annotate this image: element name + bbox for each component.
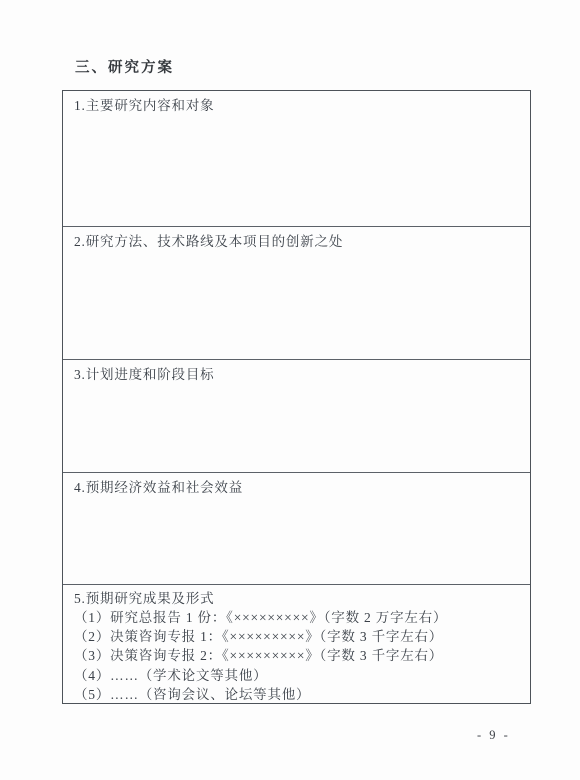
row-sub-line: （4）……（学术论文等其他） [74, 666, 522, 685]
row-label-schedule: 3.计划进度和阶段目标 [74, 365, 522, 384]
row-label-benefits: 4.预期经济效益和社会效益 [74, 478, 522, 497]
row-label-expected-results: 5.预期研究成果及形式 [74, 589, 522, 608]
row-sub-line: （3）决策咨询专报 2：《×××××××××》（字数 3 千字左右） [74, 646, 522, 665]
row-sub-line: （1）研究总报告 1 份：《×××××××××》（字数 2 万字左右） [74, 608, 522, 627]
row-sub-line: （2）决策咨询专报 1：《×××××××××》（字数 3 千字左右） [74, 627, 522, 646]
document-page: 三、研究方案 1.主要研究内容和对象 2.研究方法、技术路线及本项目的创新之处 … [0, 0, 580, 780]
row-sub-line: （5）……（咨询会议、论坛等其他） [74, 685, 522, 704]
research-plan-table: 1.主要研究内容和对象 2.研究方法、技术路线及本项目的创新之处 3.计划进度和… [62, 90, 531, 704]
page-number: - 9 - [477, 728, 510, 743]
row-label-main-content: 1.主要研究内容和对象 [74, 96, 522, 115]
section-title: 三、研究方案 [75, 56, 174, 77]
table-row: 1.主要研究内容和对象 [63, 91, 530, 227]
row-label-methods: 2.研究方法、技术路线及本项目的创新之处 [74, 232, 522, 251]
table-row: 2.研究方法、技术路线及本项目的创新之处 [63, 227, 530, 360]
table-row: 4.预期经济效益和社会效益 [63, 473, 530, 585]
table-row: 5.预期研究成果及形式 （1）研究总报告 1 份：《×××××××××》（字数 … [63, 585, 530, 702]
table-row: 3.计划进度和阶段目标 [63, 360, 530, 473]
